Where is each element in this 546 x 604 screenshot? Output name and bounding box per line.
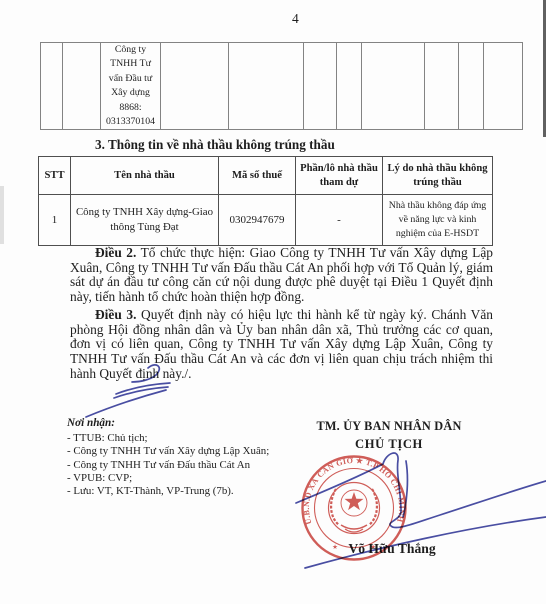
carryover-cell-empty xyxy=(63,43,101,130)
carryover-cell-empty xyxy=(304,43,337,130)
article-2-paragraph: Điều 2. Tổ chức thực hiện: Giao Công ty … xyxy=(70,246,493,305)
scan-smudge xyxy=(0,186,4,244)
signature-stroke xyxy=(296,453,546,527)
cell-ly-do: Nhà thầu không đáp ứng về năng lực và ki… xyxy=(383,195,493,246)
header-ma-so-thue: Mã số thuế xyxy=(219,157,296,195)
bidders-table-header-row: STT Tên nhà thầu Mã số thuế Phần/lô nhà … xyxy=(39,157,493,195)
carryover-cell-empty xyxy=(337,43,362,130)
table-row: 1 Công ty TNHH Xây dựng-Giao thông Tùng … xyxy=(39,195,493,246)
header-stt: STT xyxy=(39,157,71,195)
page-number: 4 xyxy=(292,11,299,27)
section-heading: 3. Thông tin về nhà thầu không trúng thầ… xyxy=(95,137,335,153)
article-2-label: Điều 2. xyxy=(95,245,136,260)
signature-stroke xyxy=(403,461,407,517)
carryover-cell-empty xyxy=(484,43,523,130)
header-ten-nha-thau: Tên nhà thầu xyxy=(71,157,219,195)
article-3-label: Điều 3. xyxy=(95,307,136,322)
header-phan-lo: Phần/lô nhà thầu tham dự xyxy=(296,157,383,195)
paraph-stroke xyxy=(132,365,159,382)
carryover-cell-empty xyxy=(229,43,304,130)
cell-ten-nha-thau: Công ty TNHH Xây dựng-Giao thông Tùng Đạ… xyxy=(71,195,219,246)
carryover-cell-empty xyxy=(459,43,484,130)
carryover-cell-empty xyxy=(425,43,459,130)
cell-stt: 1 xyxy=(39,195,71,246)
paraph-stroke xyxy=(116,383,170,394)
scanned-document-page: 4 Công ty TNHH Tư vấn Đầu tư Xây dựng 88… xyxy=(0,0,546,604)
bidders-table: STT Tên nhà thầu Mã số thuế Phần/lô nhà … xyxy=(38,156,493,246)
carryover-table: Công ty TNHH Tư vấn Đầu tư Xây dựng 8868… xyxy=(40,42,523,130)
signature-ink-icon xyxy=(70,355,546,590)
carryover-cell-empty xyxy=(41,43,63,130)
carryover-cell-bidder: Công ty TNHH Tư vấn Đầu tư Xây dựng 8868… xyxy=(101,43,161,130)
carryover-cell-empty xyxy=(161,43,229,130)
carryover-row: Công ty TNHH Tư vấn Đầu tư Xây dựng 8868… xyxy=(41,43,523,130)
header-ly-do: Lý do nhà thầu không trúng thầu xyxy=(383,157,493,195)
carryover-cell-empty xyxy=(362,43,425,130)
cell-phan-lo: - xyxy=(296,195,383,246)
cell-ma-so-thue: 0302947679 xyxy=(219,195,296,246)
signature-stroke xyxy=(305,517,546,568)
